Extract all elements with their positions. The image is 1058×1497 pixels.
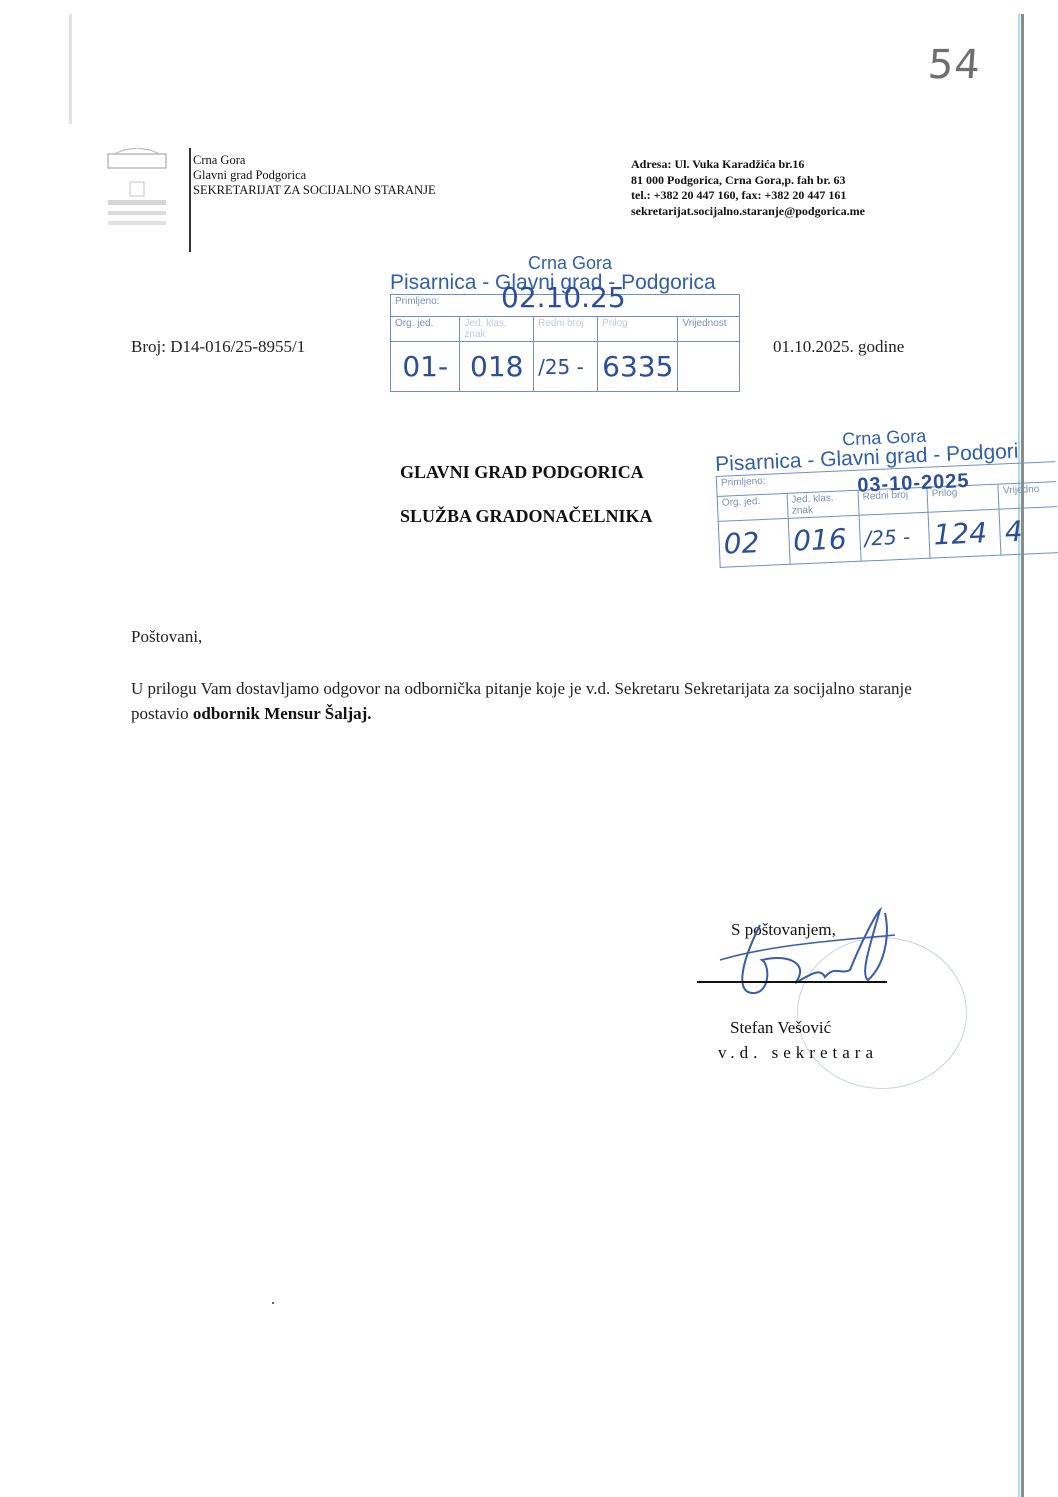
- sender-city: Glavni grad Podgorica: [193, 168, 436, 183]
- stamp-col-org: Org. jed.: [717, 493, 788, 521]
- stamp-table: Primljeno: 02.10.25 Org. jed. Jed. klas.…: [390, 294, 740, 392]
- stamp-received-label: Primljeno:: [395, 296, 439, 307]
- stamp-received-date: 02.10.25: [501, 281, 626, 314]
- reference-number: Broj: D14-016/25-8955/1: [131, 337, 305, 357]
- signature-line: [697, 981, 887, 983]
- sender-address: Adresa: Ul. Vuka Karadžića br.16 81 000 …: [631, 157, 865, 219]
- coat-of-arms-logo-icon: [104, 148, 170, 230]
- stamp-val-value: [678, 342, 740, 392]
- body-paragraph: U prilogu Vam dostavljamo odgovor na odb…: [131, 676, 941, 726]
- stamp-val-class: 016: [788, 515, 861, 564]
- stamp-col-value: Vrijednost: [678, 317, 740, 342]
- stamp-col-attachment: Prilog: [598, 317, 678, 342]
- stamp-val-serial: /25 -: [534, 342, 598, 392]
- stamp-val-value: 4: [999, 507, 1058, 555]
- address-email: sekretarijat.socijalno.staranje@podgoric…: [631, 204, 865, 220]
- handwritten-signature-icon: [700, 905, 900, 1015]
- registry-stamp-2: Crna Gora Pisarnica - Glavni grad - Podg…: [714, 421, 1058, 568]
- scan-speck: [272, 1302, 274, 1304]
- stamp-val-attachment: 124: [928, 509, 1001, 558]
- handwritten-page-number: 54: [926, 42, 982, 88]
- recipient-line-1: GLAVNI GRAD PODGORICA: [400, 462, 653, 506]
- stamp-val-serial: /25 -: [859, 512, 930, 561]
- stamp-col-class: Jed. klas. znak: [460, 317, 534, 342]
- scan-edge-right: [1018, 14, 1020, 1497]
- sender-organization: Crna Gora Glavni grad Podgorica SEKRETAR…: [193, 153, 436, 198]
- header-divider: [189, 148, 191, 252]
- scan-edge-left: [69, 14, 72, 124]
- reference-date: 01.10.2025. godine: [773, 337, 904, 357]
- stamp-val-org: 02: [718, 518, 789, 567]
- signer-title: v.d. sekretara: [718, 1043, 878, 1063]
- body-text-bold: odbornik Mensur Šaljaj.: [193, 704, 372, 723]
- stamp-val-attachment: 6335: [598, 342, 678, 392]
- registry-stamp-1: Crna Gora Pisarnica - Glavni grad - Podg…: [390, 254, 740, 392]
- scan-edge-right-shadow: [1021, 14, 1024, 1497]
- stamp-col-value: Vrijedno: [998, 482, 1057, 510]
- stamp-val-org: 01-: [391, 342, 460, 392]
- recipient-line-2: SLUŽBA GRADONAČELNIKA: [400, 506, 653, 550]
- address-phone-fax: tel.: +382 20 447 160, fax: +382 20 447 …: [631, 188, 865, 204]
- stamp-received-date: 03-10-2025: [857, 470, 970, 498]
- stamp-received-label: Primljeno:: [721, 476, 766, 489]
- stamp-col-class: Jed. klas. znak: [787, 490, 859, 518]
- address-street: Adresa: Ul. Vuka Karadžića br.16: [631, 157, 865, 173]
- signer-name: Stefan Vešović: [730, 1018, 831, 1038]
- stamp-col-org: Org. jed.: [391, 317, 460, 342]
- salutation: Poštovani,: [131, 627, 202, 647]
- stamp-col-serial: Redni broj: [534, 317, 598, 342]
- stamp-title-top: Crna Gora: [400, 254, 740, 272]
- sender-country: Crna Gora: [193, 153, 436, 168]
- sender-department: SEKRETARIJAT ZA SOCIJALNO STARANJE: [193, 183, 436, 198]
- stamp-table: Primljeno: 03-10-2025 Org. jed. Jed. kla…: [716, 461, 1058, 568]
- stamp-val-class: 018: [460, 342, 534, 392]
- address-city: 81 000 Podgorica, Crna Gora,p. fah br. 6…: [631, 173, 865, 189]
- recipient-block: GLAVNI GRAD PODGORICA SLUŽBA GRADONAČELN…: [400, 462, 653, 550]
